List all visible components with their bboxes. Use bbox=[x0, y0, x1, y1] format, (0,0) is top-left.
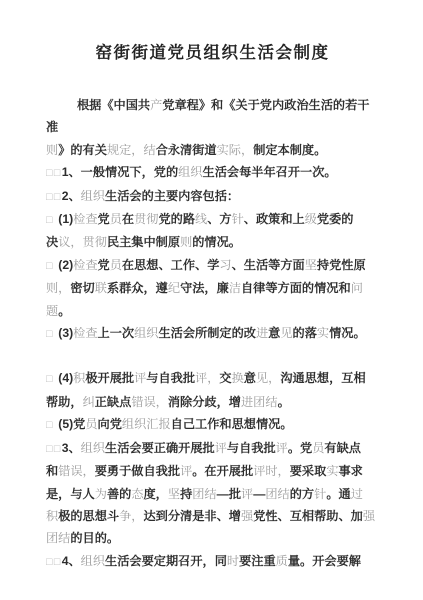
text-run: 则 bbox=[180, 235, 192, 249]
text-run: 的情况。 bbox=[192, 235, 241, 249]
text-run: 见， bbox=[256, 371, 280, 385]
text-run: 积 bbox=[73, 371, 85, 385]
missing-glyph-box-run: □ bbox=[46, 328, 58, 340]
paragraph: □ (3)检查上一次组织生活会所制定的改进意见的落实情况。 bbox=[46, 322, 379, 345]
text-run: 产 bbox=[150, 98, 162, 112]
missing-glyph-box-run: □□ bbox=[46, 191, 62, 203]
text-run: 则 bbox=[46, 143, 58, 157]
text-run: 1、一般情况下，党的 bbox=[62, 165, 178, 179]
text-run: 党 bbox=[98, 258, 110, 272]
text-run: 交 bbox=[219, 371, 231, 385]
missing-glyph-box-run: □□ bbox=[46, 167, 62, 179]
text-run: 极的思想斗 bbox=[58, 509, 119, 523]
text-run: 。 bbox=[278, 395, 290, 409]
paragraph: □□4、组织生活会要定期召开，同时要注重质量。开会要解 bbox=[46, 550, 379, 573]
text-run: 组织 bbox=[81, 554, 105, 568]
text-run: —批 bbox=[217, 487, 241, 501]
text-run: 组织 bbox=[134, 326, 158, 340]
text-run: 生活会要定期召开，同 bbox=[105, 554, 227, 568]
text-run: 纪 bbox=[168, 281, 180, 295]
paragraph: □ (5)党员向党组织汇报自己工作和思想情况。 bbox=[46, 413, 379, 436]
text-run: 自律等方面的情况和 bbox=[241, 281, 351, 295]
text-run: 密切 bbox=[70, 281, 94, 295]
text-run: 的方 bbox=[290, 487, 314, 501]
document-body: 根据《中国共产党章程》和《关于党内政治生活的若干准 则》的有关规定，结合永清街道… bbox=[46, 94, 379, 573]
text-run: 组织汇报 bbox=[122, 417, 171, 431]
text-run: (2) bbox=[58, 258, 73, 272]
text-run: (3) bbox=[58, 326, 73, 340]
text-run: 态 bbox=[131, 487, 143, 501]
text-run: 量。开会要解 bbox=[288, 554, 361, 568]
text-run: 要注重 bbox=[239, 554, 276, 568]
text-run: 守法，廉 bbox=[180, 281, 229, 295]
text-run: 时 bbox=[227, 554, 239, 568]
text-run: 见 bbox=[280, 326, 292, 340]
text-run: 与自我批 bbox=[227, 441, 276, 455]
text-run: 坚 bbox=[305, 258, 317, 272]
text-run: 。通 bbox=[326, 487, 350, 501]
text-run: 组织 bbox=[81, 189, 105, 203]
text-run: 评 bbox=[241, 487, 253, 501]
text-run: 、政策和上 bbox=[244, 212, 305, 226]
text-run: 检查 bbox=[73, 212, 97, 226]
text-run: 系群众，遵 bbox=[107, 281, 168, 295]
text-run: 组织 bbox=[178, 165, 202, 179]
text-run: 线 bbox=[195, 212, 207, 226]
text-run: 持党性原 bbox=[317, 258, 366, 272]
text-run: 评 bbox=[276, 441, 288, 455]
text-run: 质 bbox=[276, 554, 288, 568]
text-run: 联 bbox=[95, 281, 107, 295]
text-run: 团结 bbox=[265, 487, 289, 501]
text-run: 习 bbox=[219, 258, 231, 272]
text-run: 党的路 bbox=[158, 212, 195, 226]
text-run: 4、 bbox=[62, 554, 81, 568]
text-run: 团结 bbox=[192, 487, 216, 501]
text-run: 要采取 bbox=[290, 464, 327, 478]
document-page: 窑街街道党员组织生活会制度 根据《中国共产党章程》和《关于党内政治生活的若干准 … bbox=[0, 0, 423, 573]
text-run: 则， bbox=[46, 281, 70, 295]
text-run: 组织 bbox=[81, 441, 105, 455]
text-run: 评 bbox=[215, 441, 227, 455]
text-run: 评 bbox=[134, 371, 146, 385]
text-run: 在思想、工作、学 bbox=[122, 258, 220, 272]
text-run: 与自我批 bbox=[146, 371, 195, 385]
text-run: 。 bbox=[58, 304, 70, 318]
text-run: 员 bbox=[110, 258, 122, 272]
missing-glyph-box-run: □ bbox=[46, 373, 58, 385]
text-run: 检查 bbox=[73, 326, 97, 340]
missing-glyph-box-run: □ bbox=[46, 260, 58, 272]
text-run: 换 bbox=[232, 371, 244, 385]
missing-glyph-box-run: □ bbox=[46, 214, 58, 226]
text-run: 强 bbox=[241, 509, 253, 523]
text-run: 争， bbox=[119, 509, 143, 523]
text-run: — bbox=[253, 487, 265, 501]
text-run: (1) bbox=[58, 212, 73, 226]
text-run: 议，贯彻 bbox=[58, 235, 107, 249]
text-run: 贯彻 bbox=[134, 212, 158, 226]
text-run: 坚 bbox=[168, 487, 180, 501]
text-run: 实际， bbox=[217, 143, 254, 157]
text-run: 级 bbox=[305, 212, 317, 226]
text-run: 合永清街道 bbox=[156, 143, 217, 157]
text-run: 的目的。 bbox=[70, 531, 119, 545]
text-run: 生活会的主要内容包括： bbox=[105, 189, 239, 203]
text-run: 评， bbox=[195, 371, 219, 385]
text-run: 意 bbox=[244, 371, 256, 385]
text-run: 实 bbox=[317, 326, 329, 340]
document-title: 窑街街道党员组织生活会制度 bbox=[46, 42, 379, 64]
paragraph: □□2、组织生活会的主要内容包括： bbox=[46, 185, 379, 208]
text-run: 、生活等方面 bbox=[232, 258, 305, 272]
text-run: 员 bbox=[110, 212, 122, 226]
text-run: 持 bbox=[180, 487, 192, 501]
text-run: 评时， bbox=[253, 464, 290, 478]
text-run: (5)党 bbox=[58, 417, 85, 431]
text-run: 在 bbox=[122, 212, 134, 226]
text-run: 员 bbox=[85, 417, 97, 431]
text-run: 党性、互相帮助、加 bbox=[253, 509, 363, 523]
text-run: 规定，结 bbox=[107, 143, 156, 157]
missing-glyph-box-run: □ bbox=[46, 419, 58, 431]
text-run: 正缺点 bbox=[95, 395, 132, 409]
paragraph: □ (4)积极开展批评与自我批评，交换意见，沟通思想，互相 帮助，纠正缺点错误，… bbox=[46, 367, 379, 413]
text-run: 针 bbox=[232, 212, 244, 226]
text-run: 进 bbox=[256, 326, 268, 340]
text-run: 生活会要正确开展批 bbox=[105, 441, 215, 455]
text-run: 纠 bbox=[83, 395, 95, 409]
text-run: 。在开展批 bbox=[192, 464, 253, 478]
text-run: 洁 bbox=[229, 281, 241, 295]
paragraph: □ (2)检查党员在思想、工作、学习、生活等方面坚持党性原 则，密切联系群众，遵… bbox=[46, 254, 379, 322]
text-run: 评 bbox=[180, 464, 192, 478]
text-run: 意 bbox=[268, 326, 280, 340]
paragraph: 根据《中国共产党章程》和《关于党内政治生活的若干准 则》的有关规定，结合永清街道… bbox=[46, 94, 379, 161]
paragraph: □ (1)检查党员在贯彻党的路线、方针、政策和上级党委的 决议，贯彻民主集中制原… bbox=[46, 208, 379, 254]
text-run: 向党 bbox=[98, 417, 122, 431]
text-run: 度， bbox=[144, 487, 168, 501]
text-run: 生活会每半年召开一次。 bbox=[203, 165, 337, 179]
text-run: 极开展批 bbox=[85, 371, 134, 385]
text-run: 生活会所制定的改 bbox=[158, 326, 256, 340]
paragraph: □□1、一般情况下，党的组织生活会每半年召开一次。 bbox=[46, 161, 379, 184]
paragraph: □□3、组织生活会要正确开展批评与自我批评。党员有缺点 和错误，要勇于做自我批评… bbox=[46, 437, 379, 550]
text-run: 检查 bbox=[73, 258, 97, 272]
text-run: 要勇于做自我批 bbox=[95, 464, 180, 478]
text-run: 善的 bbox=[107, 487, 131, 501]
text-run: 。党 bbox=[288, 441, 312, 455]
missing-glyph-box-run: □□ bbox=[46, 556, 62, 568]
text-run: 》的有关 bbox=[58, 143, 107, 157]
text-run: 自己工作和思想情况。 bbox=[171, 417, 293, 431]
missing-glyph-box-run: □□ bbox=[46, 443, 62, 455]
text-run: 、方 bbox=[207, 212, 231, 226]
text-run: 2、 bbox=[62, 189, 81, 203]
text-run: 的落 bbox=[293, 326, 317, 340]
text-run: 民主集中制原 bbox=[107, 235, 180, 249]
text-run: 3、 bbox=[62, 441, 81, 455]
text-run: 实 bbox=[326, 464, 338, 478]
text-run: 情况。 bbox=[329, 326, 366, 340]
text-run: 员 bbox=[312, 441, 324, 455]
text-run: 上一次 bbox=[98, 326, 135, 340]
text-run: 错误， bbox=[58, 464, 95, 478]
text-run: 进团结 bbox=[241, 395, 278, 409]
text-run: 党 bbox=[98, 212, 110, 226]
text-run: 根据《中国共 bbox=[77, 98, 150, 112]
text-run: 消除分歧，增 bbox=[168, 395, 241, 409]
text-run: 针 bbox=[314, 487, 326, 501]
text-run: 为 bbox=[95, 487, 107, 501]
text-run: 制定本制度。 bbox=[253, 143, 326, 157]
text-run: 达到分清是非、增 bbox=[144, 509, 242, 523]
text-run: 错误， bbox=[131, 395, 168, 409]
text-run: (4) bbox=[58, 371, 73, 385]
